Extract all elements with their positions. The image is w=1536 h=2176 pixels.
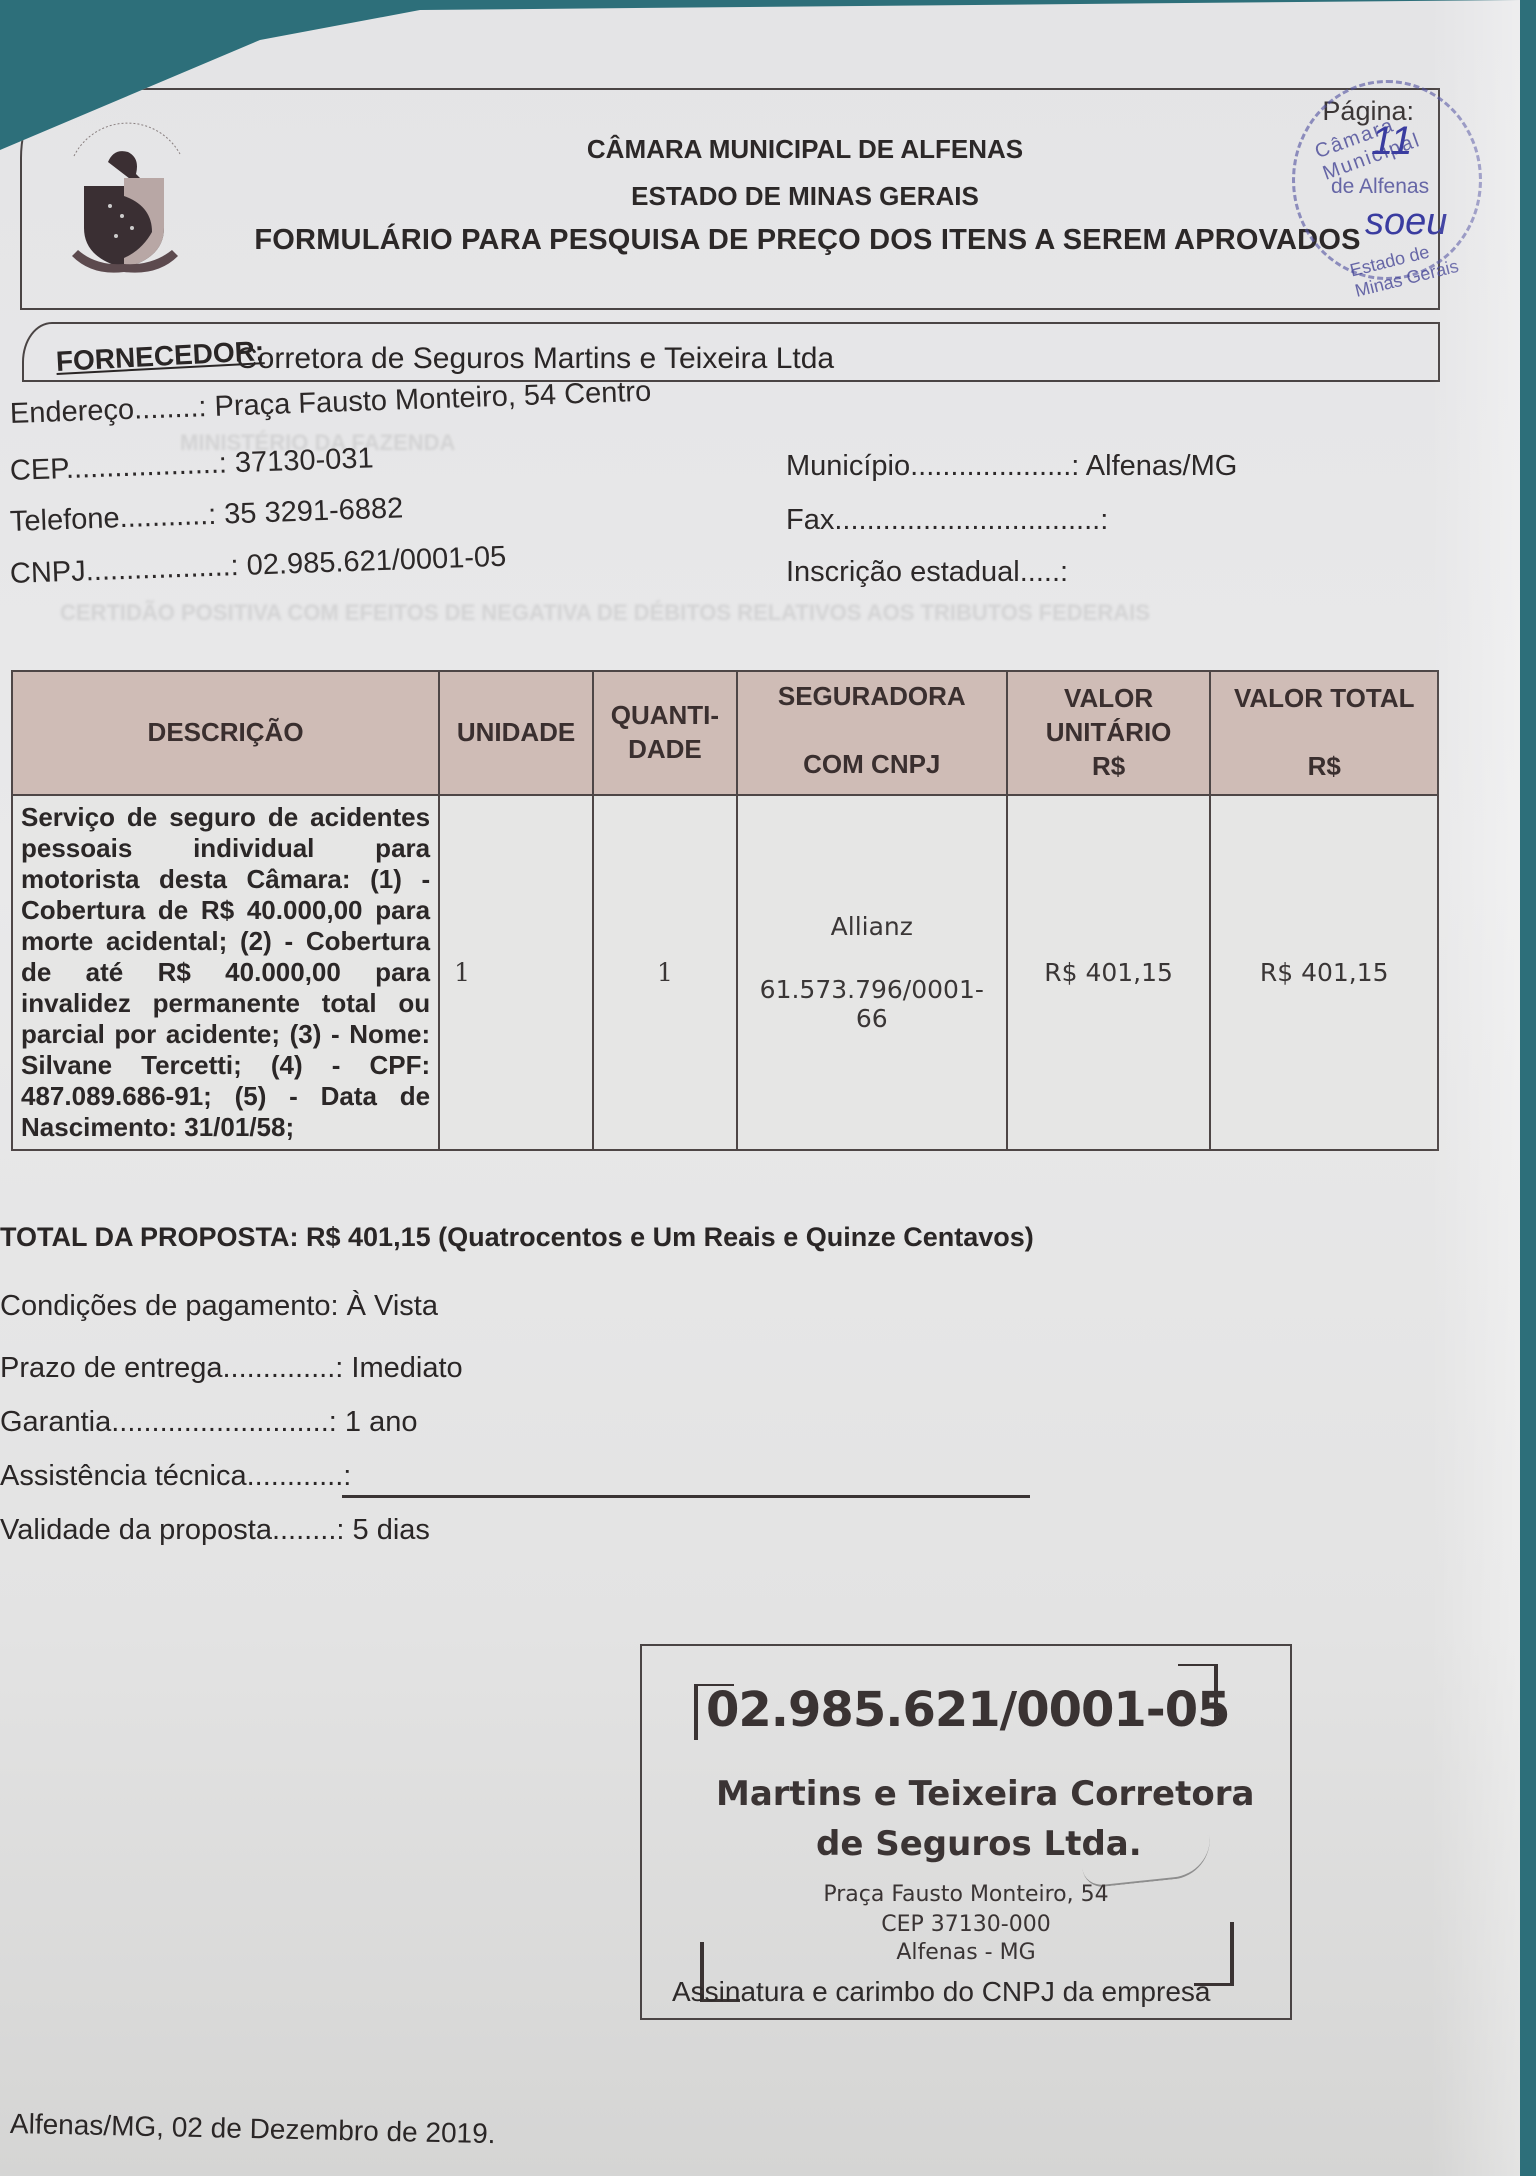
- city-value: Alfenas/MG: [1079, 450, 1237, 482]
- phone-value: 35 3291-6882: [216, 492, 404, 531]
- insurer-cnpj-line1: 61.573.796/0001-: [738, 975, 1006, 1004]
- address-row: Endereço........: Praça Fausto Monteiro,…: [9, 376, 651, 431]
- stamp-address: Praça Fausto Monteiro, 54: [642, 1882, 1290, 1907]
- phone-row: Telefone...........: 35 3291-6882: [9, 492, 403, 539]
- cell-quantity: 1: [593, 795, 737, 1150]
- stamp-city: Alfenas - MG: [642, 1940, 1290, 1965]
- supplier-name: Corretora de Seguros Martins e Teixeira …: [236, 342, 834, 376]
- cep-row: CEP...................: 37130-031: [9, 442, 374, 488]
- state-registration-row: Inscrição estadual.....:: [786, 556, 1068, 589]
- address-label: Endereço........:: [9, 391, 207, 430]
- table-row: Serviço de seguro de acidentes pessoais …: [12, 795, 1438, 1150]
- proposal-validity: Validade da proposta........: 5 dias: [0, 1514, 430, 1547]
- document-date: Alfenas/MG, 02 de Dezembro de 2019.: [10, 2108, 496, 2150]
- cep-value: 37130-031: [226, 442, 374, 479]
- technical-assistance-blank-line: [342, 1495, 1030, 1498]
- document-page: MINISTÉRIO DA FAZENDA CERTIDÃO POSITIVA …: [0, 0, 1520, 2176]
- city-label: Município....................:: [786, 450, 1079, 482]
- phone-label: Telefone...........:: [9, 499, 216, 538]
- table-header-row: DESCRIÇÃO UNIDADE QUANTI-DADE SEGURADORA…: [12, 671, 1438, 795]
- supplier-label: FORNECEDOR:: [55, 335, 265, 378]
- items-table: DESCRIÇÃO UNIDADE QUANTI-DADE SEGURADORA…: [11, 670, 1439, 1151]
- institution-name: CÂMARA MUNICIPAL DE ALFENAS: [172, 134, 1438, 165]
- state-name: ESTADO DE MINAS GERAIS: [172, 181, 1438, 212]
- address-value: Praça Fausto Monteiro, 54 Centro: [206, 376, 652, 424]
- warranty: Garantia...........................: 1 a…: [0, 1406, 417, 1439]
- cep-label: CEP...................:: [9, 447, 227, 487]
- cell-description: Serviço de seguro de acidentes pessoais …: [12, 795, 439, 1150]
- header-total-value: VALOR TOTALR$: [1210, 671, 1438, 795]
- delivery-time: Prazo de entrega..............: Imediato: [0, 1352, 463, 1385]
- insurer-name: Allianz: [738, 912, 1006, 941]
- technical-assistance: Assistência técnica............:: [0, 1460, 351, 1493]
- payment-conditions: Condições de pagamento: À Vista: [0, 1290, 438, 1323]
- stamp-company-line1: Martins e Teixeira Corretora: [716, 1774, 1254, 1814]
- cnpj-row: CNPJ..................: 02.985.621/0001-…: [9, 541, 506, 591]
- cnpj-label: CNPJ..................:: [9, 550, 239, 590]
- stamp-cnpj: 02.985.621/0001-05: [706, 1682, 1230, 1738]
- stamp-initials: soeu: [1365, 201, 1447, 244]
- form-header: Página: CÂMARA MUNICIPAL DE ALFENAS ESTA…: [20, 88, 1440, 310]
- cell-total-value: R$ 401,15: [1210, 795, 1438, 1150]
- cell-insurer: Allianz 61.573.796/0001- 66: [737, 795, 1007, 1150]
- header-description: DESCRIÇÃO: [12, 671, 439, 795]
- bleed-through-text: CERTIDÃO POSITIVA COM EFEITOS DE NEGATIV…: [60, 600, 1150, 626]
- form-title: FORMULÁRIO PARA PESQUISA DE PREÇO DOS IT…: [177, 224, 1438, 257]
- stamp-middle-text: de Alfenas: [1331, 175, 1429, 199]
- stamp-page-number: 11: [1371, 119, 1413, 164]
- stamp-cep: CEP 37130-000: [642, 1912, 1290, 1937]
- fax-row: Fax.................................:: [786, 504, 1108, 537]
- cnpj-value: 02.985.621/0001-05: [238, 541, 507, 582]
- cell-unit-value: R$ 401,15: [1007, 795, 1211, 1150]
- cell-unit: 1: [439, 795, 593, 1150]
- header-insurer: SEGURADORACOM CNPJ: [737, 671, 1007, 795]
- fax-label: Fax.................................:: [786, 504, 1108, 536]
- supplier-box: FORNECEDOR: Corretora de Seguros Martins…: [22, 322, 1440, 382]
- header-unit: UNIDADE: [439, 671, 593, 795]
- proposal-total: TOTAL DA PROPOSTA: R$ 401,15 (Quatrocent…: [0, 1222, 1034, 1253]
- insurer-cnpj-line2: 66: [738, 1004, 1006, 1033]
- header-quantity: QUANTI-DADE: [593, 671, 737, 795]
- signature-caption: Assinatura e carimbo do CNPJ da empresa: [672, 1976, 1210, 2008]
- header-unit-value: VALORUNITÁRIOR$: [1007, 671, 1211, 795]
- signature-stamp-box: 02.985.621/0001-05 Martins e Teixeira Co…: [640, 1644, 1292, 2020]
- protocol-stamp: Câmara Municipal 11 de Alfenas soeu Esta…: [1292, 80, 1482, 280]
- state-registration-label: Inscrição estadual.....:: [786, 556, 1068, 588]
- city-row: Município....................: Alfenas/M…: [786, 450, 1237, 483]
